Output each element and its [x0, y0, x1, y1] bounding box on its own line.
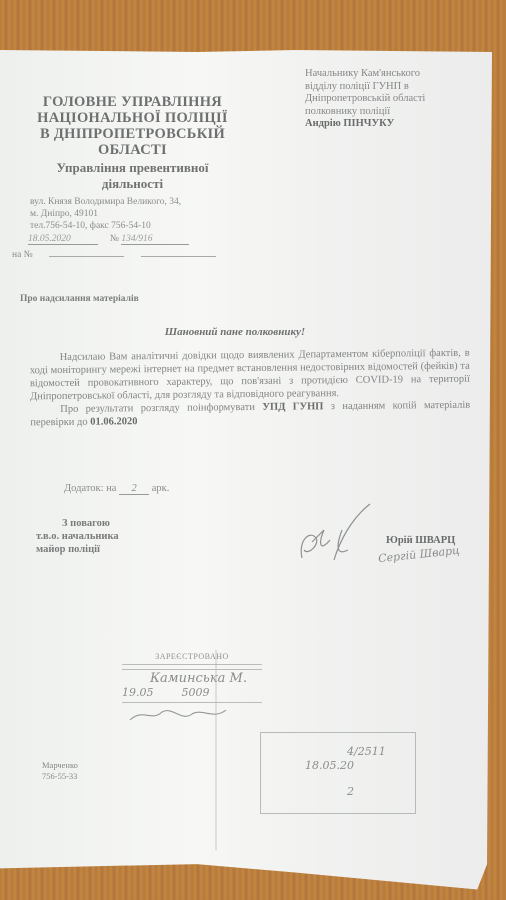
attachment-pages: 2	[119, 483, 149, 495]
text-run: Про результати розгляду поінформувати	[60, 402, 262, 415]
attachment-unit: арк.	[152, 483, 170, 494]
registration-stamp: ЗАРЕЄСТРОВАНО Каминська М. 19.05 5009	[122, 652, 262, 738]
signature-icon	[290, 500, 380, 570]
closing-line: З повагою	[36, 517, 119, 530]
body-paragraph: Надсилаю Вам аналітичні довідки щодо вия…	[30, 347, 471, 404]
closing-block: З повагою т.в.о. начальника майор поліці…	[36, 517, 119, 556]
incoming-date: 18.05.20	[305, 759, 354, 772]
stamp-date: 19.05	[122, 686, 154, 699]
closing-line: майор поліції	[36, 543, 119, 556]
reg-number: 134/916	[121, 234, 189, 245]
attachment-line: Додаток: на 2 арк.	[64, 483, 169, 495]
addressee-line: Дніпропетровській області	[305, 93, 475, 106]
body-paragraph: Про результати розгляду поінформувати УП…	[30, 399, 470, 430]
signer-handwritten: Сергій Шварц	[378, 544, 461, 565]
text-run-bold: УПД ГУНП	[262, 401, 323, 413]
attachment-label: Додаток: на	[64, 483, 116, 494]
org-title-line: НАЦІОНАЛЬНОЇ ПОЛІЦІЇ	[20, 110, 245, 126]
addressee-line: Начальнику Кам'янського	[305, 68, 475, 81]
executor-block: Марченко 756-55-33	[42, 760, 78, 782]
stamp-handwritten-name: Каминська М.	[122, 671, 262, 686]
subject-line: Про надсилання матеріалів	[20, 294, 139, 304]
addressee-line: відділу поліції ГУНП в	[305, 81, 475, 94]
letterhead: ГОЛОВНЕ УПРАВЛІННЯ НАЦІОНАЛЬНОЇ ПОЛІЦІЇ …	[20, 94, 245, 192]
incoming-number: 4/2511	[347, 745, 386, 758]
document-page: ГОЛОВНЕ УПРАВЛІННЯ НАЦІОНАЛЬНОЇ ПОЛІЦІЇ …	[0, 50, 492, 898]
stamp-number: 5009	[181, 686, 209, 699]
stamp-handwritten-date-row: 19.05 5009	[122, 686, 262, 699]
org-title-line: ОБЛАСТІ	[20, 142, 245, 158]
paper-fold	[215, 650, 217, 850]
salutation: Шановний пане полковнику!	[0, 326, 470, 338]
letter-body: Надсилаю Вам аналітичні довідки щодо вия…	[30, 347, 471, 430]
ref-label: на №	[12, 250, 33, 260]
deadline-date: 01.06.2020	[90, 416, 137, 427]
executor-phone: 756-55-33	[42, 771, 78, 782]
org-address: вул. Князя Володимира Великого, 34, м. Д…	[30, 196, 230, 232]
reg-number-label: №	[110, 234, 119, 244]
addressee-block: Начальнику Кам'янського відділу поліції …	[305, 68, 475, 131]
stamp-title: ЗАРЕЄСТРОВАНО	[122, 652, 262, 661]
department-line: діяльності	[20, 176, 245, 192]
department-line: Управління превентивної	[20, 160, 245, 176]
reference-line: на №	[12, 250, 216, 260]
ref-blank	[141, 256, 216, 257]
registration-line: 18.05.2020 № 134/916	[28, 234, 233, 245]
executor-name: Марченко	[42, 760, 78, 771]
closing-line: т.в.о. начальника	[36, 530, 119, 543]
address-line: вул. Князя Володимира Великого, 34,	[30, 196, 230, 208]
reg-date: 18.05.2020	[28, 234, 98, 245]
org-title-line: ГОЛОВНЕ УПРАВЛІННЯ	[20, 94, 245, 110]
ref-blank	[49, 256, 124, 257]
addressee-line: полковнику поліції	[305, 106, 475, 119]
org-title-line: В ДНІПРОПЕТРОВСЬКІЙ	[20, 126, 245, 142]
address-line: тел.756-54-10, факс 756-54-10	[30, 220, 230, 232]
incoming-stamp: 4/2511 18.05.20 2	[260, 732, 416, 814]
incoming-count: 2	[347, 785, 354, 798]
address-line: м. Дніпро, 49101	[30, 208, 230, 220]
addressee-name: Андрію ПІНЧУКУ	[305, 118, 475, 131]
stamp-rule	[122, 664, 262, 666]
